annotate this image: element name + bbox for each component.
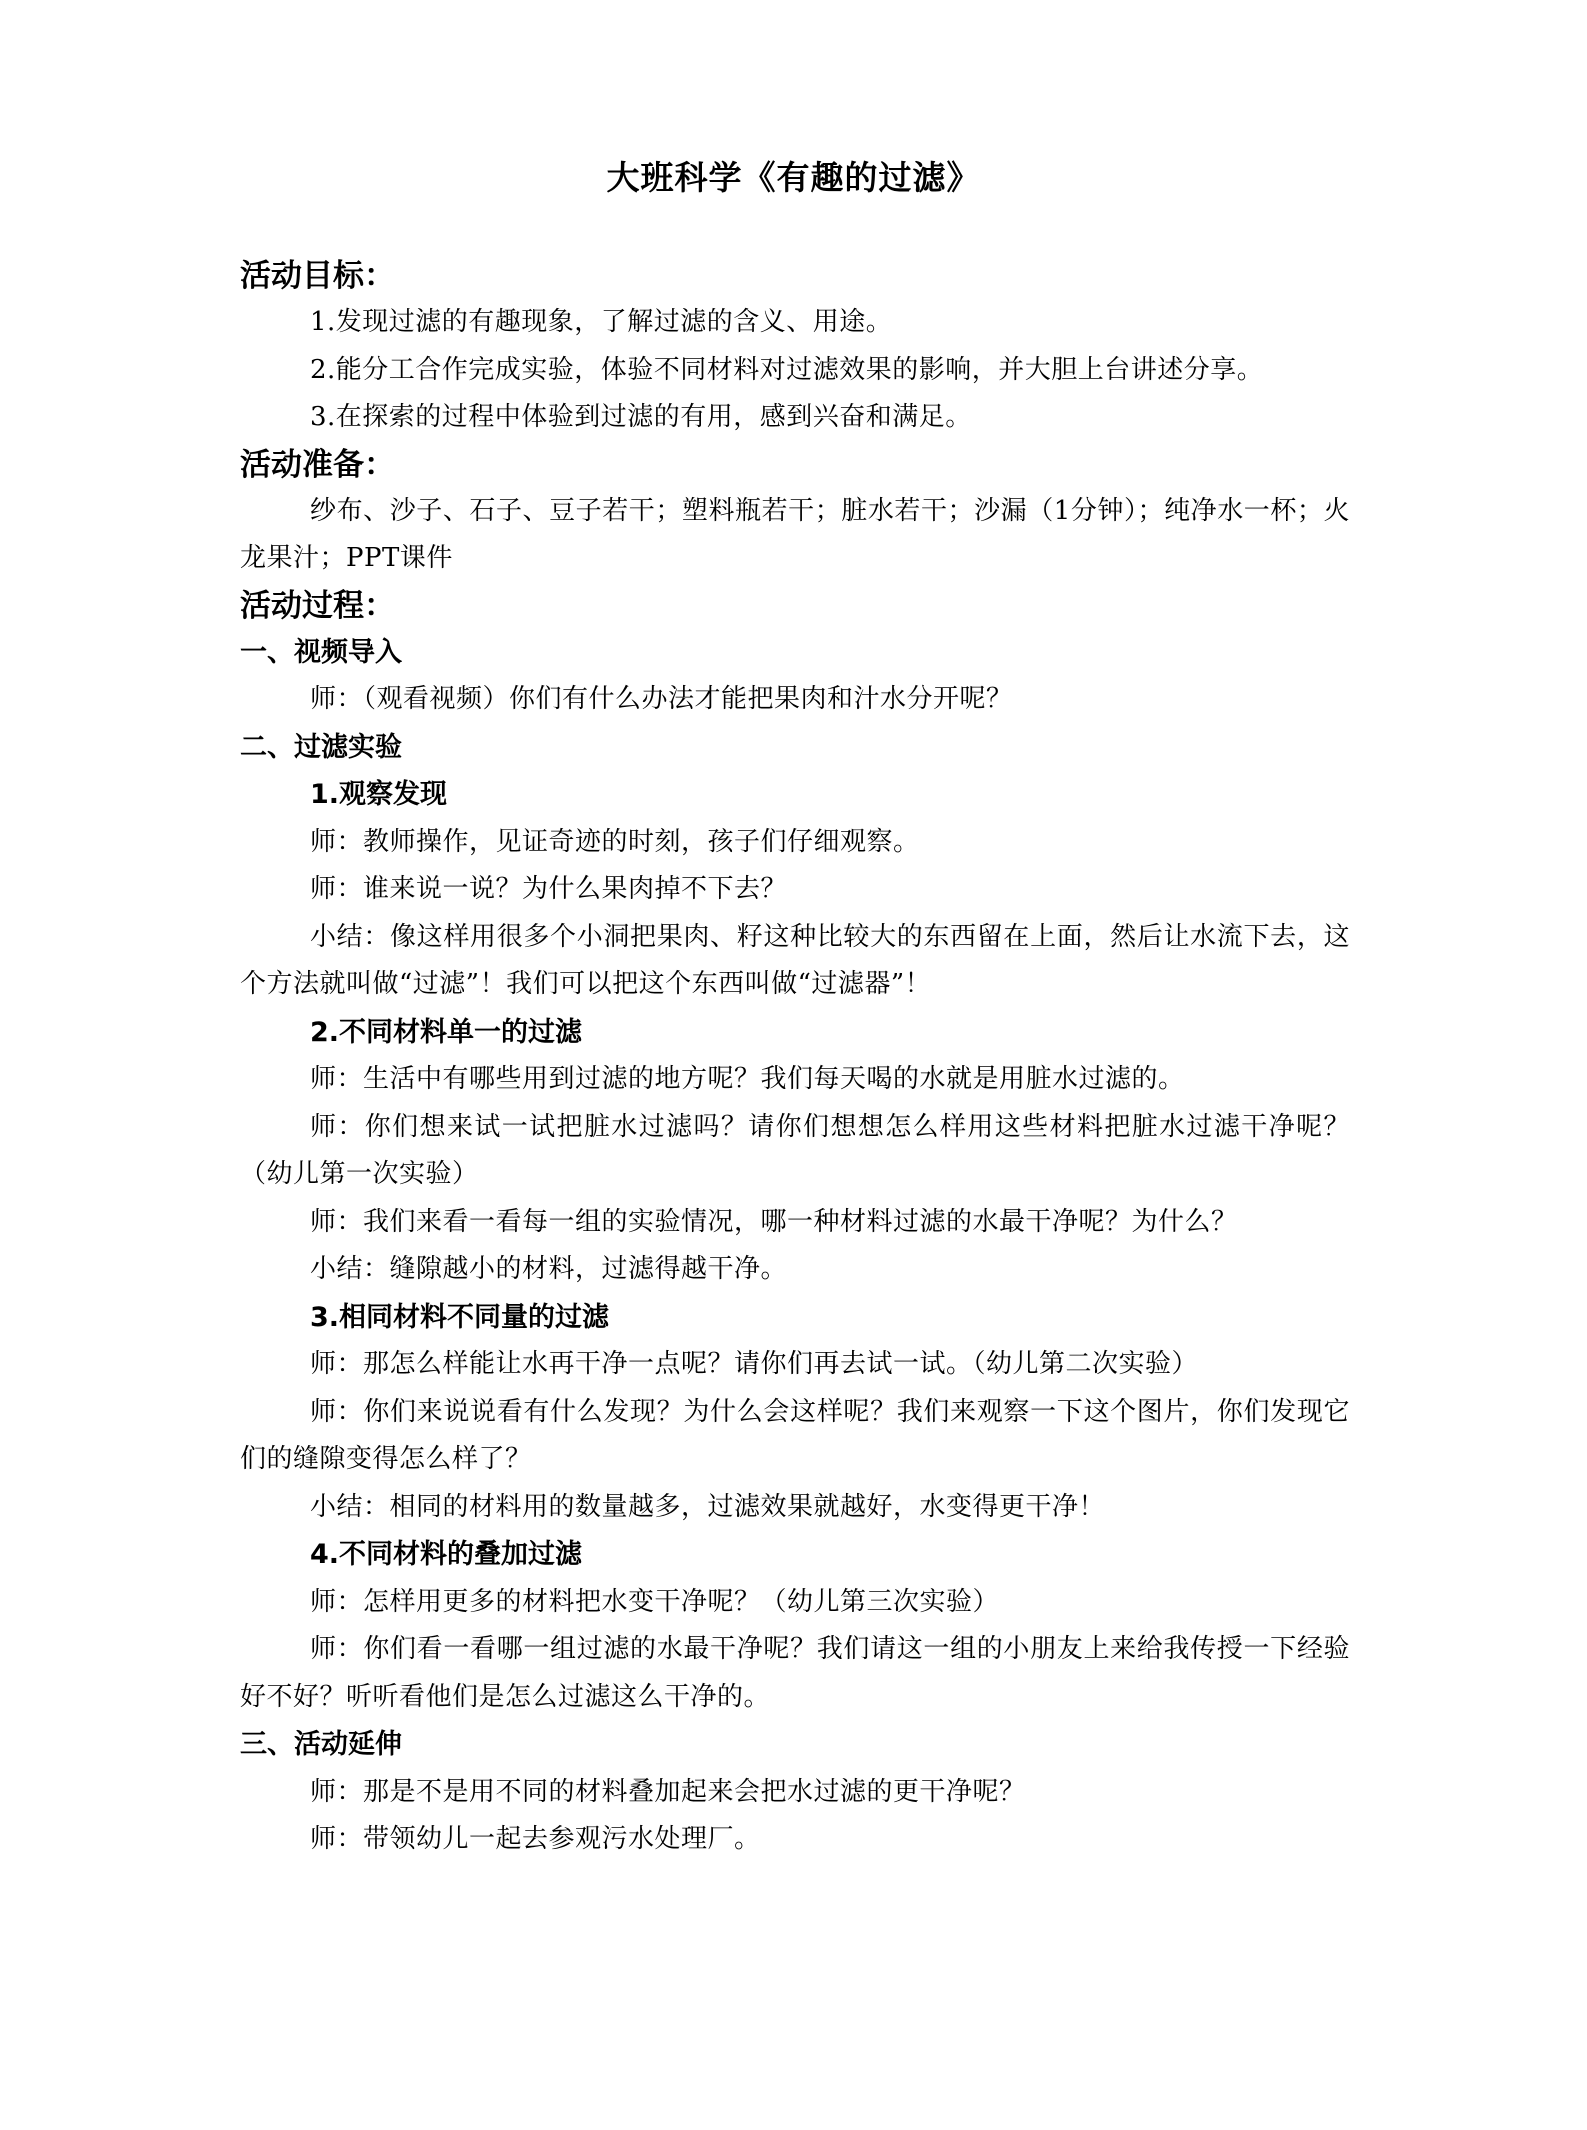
process-part-1: 一、视频导入 师：（观看视频）你们有什么办法才能把果肉和汁水分开呢？ xyxy=(240,629,1350,724)
step4-paragraph-2: 师：你们看一看哪一组过滤的水最干净呢？我们请这一组的小朋友上来给我传授一下经验好… xyxy=(240,1626,1350,1721)
preparation-text: 纱布、沙子、石子、豆子若干；塑料瓶若干；脏水若干；沙漏（1分钟）；纯净水一杯；火… xyxy=(240,488,1350,583)
step2-paragraph-3: 师：我们来看一看每一组的实验情况，哪一种材料过滤的水最干净呢？为什么？ xyxy=(240,1199,1350,1247)
part3-heading: 三、活动延伸 xyxy=(240,1721,1350,1769)
step-2: 2.不同材料单一的过滤 师：生活中有哪些用到过滤的地方呢？我们每天喝的水就是用脏… xyxy=(240,1009,1350,1294)
step2-summary: 小结：缝隙越小的材料，过滤得越干净。 xyxy=(240,1246,1350,1294)
step-4: 4.不同材料的叠加过滤 师：怎样用更多的材料把水变干净呢？（幼儿第三次实验） 师… xyxy=(240,1531,1350,1721)
preparation-heading: 活动准备： xyxy=(240,442,1350,488)
goal-item-2: 2.能分工合作完成实验，体验不同材料对过滤效果的影响，并大胆上台讲述分享。 xyxy=(240,347,1350,395)
process-heading: 活动过程： xyxy=(240,583,1350,629)
step3-paragraph-2: 师：你们来说说看有什么发现？为什么会这样呢？我们来观察一下这个图片，你们发现它们… xyxy=(240,1389,1350,1484)
process-part-2: 二、过滤实验 1.观察发现 师：教师操作，见证奇迹的时刻，孩子们仔细观察。 师：… xyxy=(240,724,1350,1722)
goals-heading: 活动目标： xyxy=(240,253,1350,299)
step2-paragraph-1: 师：生活中有哪些用到过滤的地方呢？我们每天喝的水就是用脏水过滤的。 xyxy=(240,1056,1350,1104)
step3-summary: 小结：相同的材料用的数量越多，过滤效果就越好，水变得更干净！ xyxy=(240,1484,1350,1532)
step-3: 3.相同材料不同量的过滤 师：那怎么样能让水再干净一点呢？请你们再去试一试。（幼… xyxy=(240,1294,1350,1532)
step3-heading: 3.相同材料不同量的过滤 xyxy=(240,1294,1350,1342)
document-body: 活动目标： 1.发现过滤的有趣现象，了解过滤的含义、用途。 2.能分工合作完成实… xyxy=(240,253,1350,1864)
goal-item-1: 1.发现过滤的有趣现象，了解过滤的含义、用途。 xyxy=(240,299,1350,347)
document-title: 大班科学《有趣的过滤》 xyxy=(0,158,1587,198)
step4-heading: 4.不同材料的叠加过滤 xyxy=(240,1531,1350,1579)
step4-paragraph-1: 师：怎样用更多的材料把水变干净呢？（幼儿第三次实验） xyxy=(240,1579,1350,1627)
goal-item-3: 3.在探索的过程中体验到过滤的有用，感到兴奋和满足。 xyxy=(240,394,1350,442)
part1-heading: 一、视频导入 xyxy=(240,629,1350,677)
step3-paragraph-1: 师：那怎么样能让水再干净一点呢？请你们再去试一试。（幼儿第二次实验） xyxy=(240,1341,1350,1389)
part1-paragraph-1: 师：（观看视频）你们有什么办法才能把果肉和汁水分开呢？ xyxy=(240,676,1350,724)
part3-paragraph-2: 师：带领幼儿一起去参观污水处理厂。 xyxy=(240,1816,1350,1864)
step1-summary: 小结：像这样用很多个小洞把果肉、籽这种比较大的东西留在上面，然后让水流下去，这个… xyxy=(240,914,1350,1009)
process-part-3: 三、活动延伸 师：那是不是用不同的材料叠加起来会把水过滤的更干净呢？ 师：带领幼… xyxy=(240,1721,1350,1864)
step2-paragraph-2: 师：你们想来试一试把脏水过滤吗？请你们想想怎么样用这些材料把脏水过滤干净呢？（幼… xyxy=(240,1104,1350,1199)
step2-heading: 2.不同材料单一的过滤 xyxy=(240,1009,1350,1057)
step-1: 1.观察发现 师：教师操作，见证奇迹的时刻，孩子们仔细观察。 师：谁来说一说？为… xyxy=(240,771,1350,1009)
goals-section: 活动目标： 1.发现过滤的有趣现象，了解过滤的含义、用途。 2.能分工合作完成实… xyxy=(240,253,1350,442)
step1-paragraph-2: 师：谁来说一说？为什么果肉掉不下去？ xyxy=(240,866,1350,914)
step1-paragraph-1: 师：教师操作，见证奇迹的时刻，孩子们仔细观察。 xyxy=(240,819,1350,867)
document-page: 大班科学《有趣的过滤》 活动目标： 1.发现过滤的有趣现象，了解过滤的含义、用途… xyxy=(0,0,1587,2130)
step1-heading: 1.观察发现 xyxy=(240,771,1350,819)
process-section: 活动过程： 一、视频导入 师：（观看视频）你们有什么办法才能把果肉和汁水分开呢？… xyxy=(240,583,1350,1864)
preparation-section: 活动准备： 纱布、沙子、石子、豆子若干；塑料瓶若干；脏水若干；沙漏（1分钟）；纯… xyxy=(240,442,1350,583)
part2-heading: 二、过滤实验 xyxy=(240,724,1350,772)
part3-paragraph-1: 师：那是不是用不同的材料叠加起来会把水过滤的更干净呢？ xyxy=(240,1769,1350,1817)
